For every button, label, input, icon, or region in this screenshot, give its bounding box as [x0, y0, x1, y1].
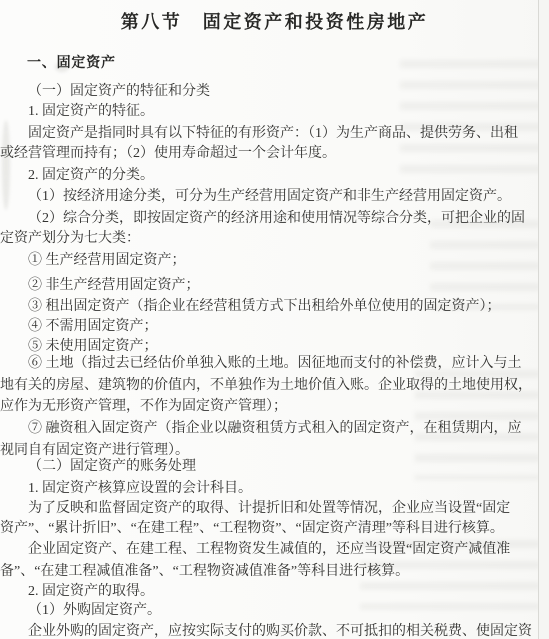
text-line: 企业外购的固定资产，应按实际支付的购买价款、不可抵扣的相关税费、使固定资	[0, 623, 549, 639]
text-line: （二）固定资产的账务处理	[0, 458, 549, 475]
text-line: 定资产划分为七大类：	[0, 230, 549, 247]
text-line: 固定资产是指同时具有以下特征的有形资产：（1）为生产商品、提供劳务、出租	[0, 125, 549, 142]
text-line: 地有关的房屋、建筑物的价值内，不单独作为土地价值入账。企业取得的土地使用权，	[0, 377, 549, 394]
text-line: （一）固定资产的特征和分类	[0, 83, 549, 100]
text-line: 1. 固定资产的特征。	[0, 103, 549, 120]
text-line: ② 非生产经营用固定资产；	[0, 277, 549, 294]
text-line: ⑤ 未使用固定资产；	[0, 338, 549, 355]
text-line: ④ 不需用固定资产；	[0, 318, 549, 335]
text-line: ① 生产经营用固定资产；	[0, 252, 549, 269]
text-line: （1）按经济用途分类，可分为生产经营用固定资产和非生产经营用固定资产。	[0, 188, 549, 205]
text-line: ③ 租出固定资产（指企业在经营租赁方式下出租给外单位使用的固定资产）；	[0, 298, 549, 315]
text-line: 备”、“在建工程减值准备”、“工程物资减值准备”等科目进行核算。	[0, 563, 549, 580]
text-line: 为了反映和监督固定资产的取得、计提折旧和处置等情况，企业应当设置“固定	[0, 500, 549, 517]
page-title: 第八节 固定资产和投资性房地产	[0, 8, 549, 34]
text-line: 应作为无形资产管理，不作为固定资产管理）；	[0, 398, 549, 415]
text-line: （1）外购固定资产。	[0, 602, 549, 619]
text-line: ⑦ 融资租入固定资产（指企业以融资租赁方式租入的固定资产，在租赁期内，应	[0, 420, 549, 437]
scan-artifact	[400, 60, 545, 180]
text-line: 视同自有固定资产进行管理）。	[0, 442, 549, 459]
text-line: 企业固定资产、在建工程、工程物资发生减值的，还应当设置“固定资产减值准	[0, 541, 549, 558]
section-heading: 一、固定资产	[0, 52, 549, 72]
text-line: 2. 固定资产的取得。	[0, 583, 549, 600]
text-line: 或经营管理而持有；（2）使用寿命超过一个会计年度。	[0, 145, 549, 162]
text-line: 2. 固定资产的分类。	[0, 167, 549, 184]
text-line: ⑥ 土地（指过去已经估价单独入账的土地。因征地而支付的补偿费，应计入与土	[0, 355, 549, 372]
text-line: 资产”、“累计折旧”、“在建工程”、“工程物资”、“固定资产清理”等科目进行核算…	[0, 520, 549, 537]
scanned-book-page: 第八节 固定资产和投资性房地产 一、固定资产 （一）固定资产的特征和分类 1. …	[0, 0, 549, 639]
text-line: （2）综合分类，即按固定资产的经济用途和使用情况等综合分类，可把企业的固	[0, 210, 549, 227]
text-line: 1. 固定资产核算应设置的会计科目。	[0, 480, 549, 497]
